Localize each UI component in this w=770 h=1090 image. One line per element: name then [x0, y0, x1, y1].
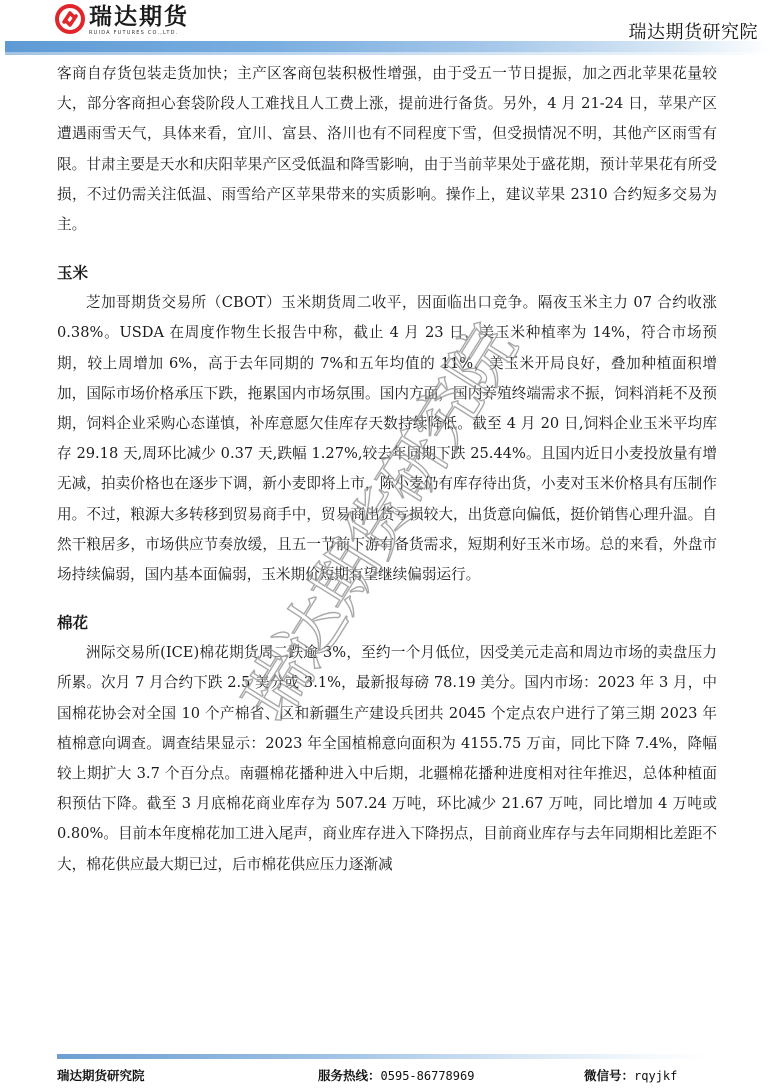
header-divider-line: [5, 52, 770, 55]
section-heading-cotton: 棉花: [57, 608, 717, 638]
company-logo: 瑞达期货 RUIDA FUTURES CO.,LTD.: [55, 4, 189, 38]
logo-chinese-name: 瑞达期货: [89, 4, 189, 30]
ruida-logo-icon: [55, 4, 85, 34]
section-cotton: 棉花 洲际交易所(ICE)棉花期货周二跌逾 3%，至约一个月低位，因受美元走高和…: [57, 608, 717, 880]
wechat-id: rqyjkf: [634, 1069, 677, 1083]
report-body: 客商自存货包装走货加快；主产区客商包装积极性增强，由于受五一节日提振，加之西北苹…: [57, 59, 717, 880]
hotline-number: 0595-86778969: [381, 1069, 475, 1083]
section-corn: 玉米 芝加哥期货交易所（CBOT）玉米期货周二收平，因面临出口竞争。隔夜玉米主力…: [57, 258, 717, 590]
header-gradient-bar: [5, 41, 770, 52]
paragraph-apple: 客商自存货包装走货加快；主产区客商包装积极性增强，由于受五一节日提振，加之西北苹…: [57, 59, 717, 240]
section-spacer: [57, 240, 717, 258]
paragraph-cotton: 洲际交易所(ICE)棉花期货周二跌逾 3%，至约一个月低位，因受美元走高和周边市…: [57, 638, 717, 880]
section-spacer: [57, 590, 717, 608]
hotline-label: 服务热线：: [318, 1068, 381, 1083]
section-heading-corn: 玉米: [57, 258, 717, 288]
footer-org: 瑞达期货研究院: [57, 1066, 145, 1084]
page-header: 瑞达期货 RUIDA FUTURES CO.,LTD. 瑞达期货研究院: [0, 0, 770, 58]
logo-english-name: RUIDA FUTURES CO.,LTD.: [89, 30, 189, 36]
section-apple-continued: 客商自存货包装走货加快；主产区客商包装积极性增强，由于受五一节日提振，加之西北苹…: [57, 59, 717, 240]
footer-gradient-bar: [57, 1054, 713, 1059]
paragraph-corn: 芝加哥期货交易所（CBOT）玉米期货周二收平，因面临出口竞争。隔夜玉米主力 07…: [57, 288, 717, 590]
page-footer: 瑞达期货研究院 服务热线：0595-86778969 微信号：rqyjkf: [0, 1066, 770, 1086]
footer-hotline: 服务热线：0595-86778969: [318, 1066, 474, 1084]
footer-wechat: 微信号：rqyjkf: [584, 1066, 677, 1084]
wechat-label: 微信号：: [584, 1068, 634, 1083]
